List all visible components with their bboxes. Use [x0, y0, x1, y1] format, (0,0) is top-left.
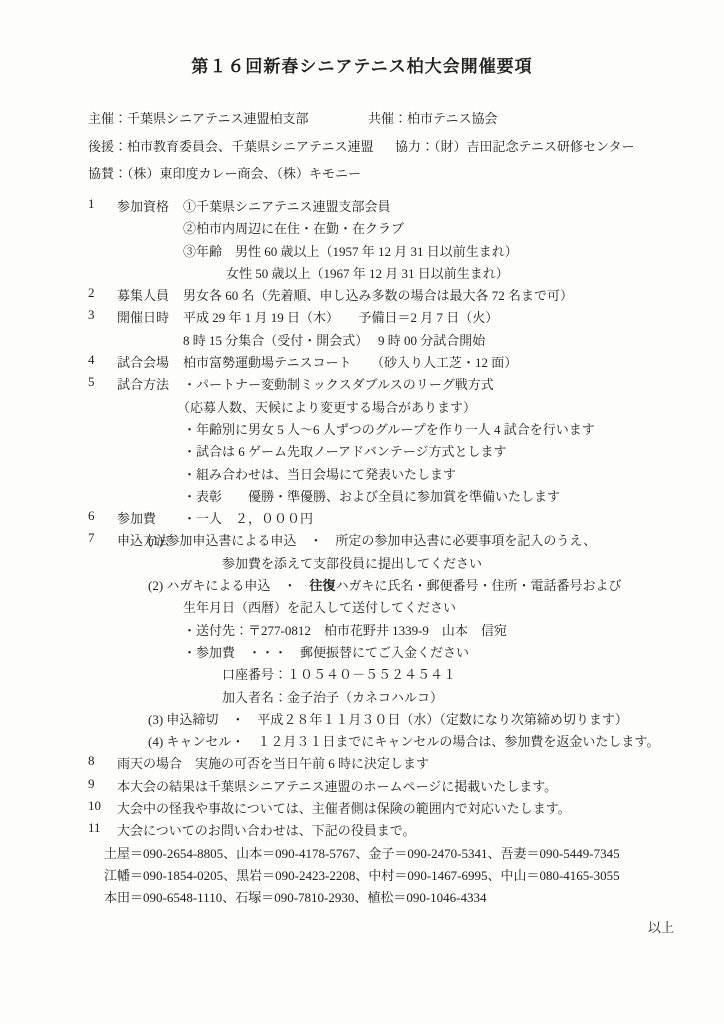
line-text: (1) 参加申込書による申込 ・ 所定の参加申込書に必要事項を記入のうえ、: [148, 530, 596, 549]
line-text: ①千葉県シニアテニス連盟支部会員: [183, 196, 390, 215]
doc-line: 女性 50 歳以上（1967 年 12 月 31 日以前生まれ）: [0, 263, 724, 285]
line-text: ・パートナー変動制ミックスダブルスのリーグ戦方式: [183, 374, 494, 393]
doc-line: ・送付先：〒277-0812 柏市花野井 1339-9 山本 信宛: [0, 620, 724, 642]
doc-line: ・試合は 6 ゲーム先取ノーアドバンテージ方式とします: [0, 441, 724, 463]
item-number: 9: [88, 776, 95, 792]
organizer-text: 主催：千葉県シニアテニス連盟柏支部: [88, 108, 308, 127]
co-host-text: 共催：柏市テニス協会: [368, 108, 497, 127]
segment-text: (2) ハガキによる申込 ・: [148, 578, 309, 593]
doc-line: 3開催日時平成 29 年 1 月 19 日（木） 予備日＝2 月 7 日（火）: [0, 307, 724, 329]
line-text: 男女各 60 名（先着順、申し込み多数の場合は最大各 72 名まで可）: [183, 285, 573, 304]
line-text: ・組み合わせは、当日会場にて発表いたします: [183, 464, 456, 483]
line-text: （応募人数、天候により変更する場合があります）: [177, 397, 476, 416]
line-text: 8 時 15 分集合（受付・開会式） 9 時 00 分試合開始: [183, 330, 485, 349]
line-text: (3) 申込締切 ・ 平成２８年１１月３０日（水）（定数になり次第締め切ります）: [148, 709, 628, 728]
doc-line: 1参加資格①千葉県シニアテニス連盟支部会員: [0, 196, 724, 218]
doc-line: (2) ハガキによる申込 ・ 往復ハガキに氏名・郵便番号・住所・電話番号および: [0, 575, 724, 597]
item-label: 参加資格: [117, 196, 169, 215]
doc-line: ・参加費 ・・・ 郵便振替にてご入金ください: [0, 642, 724, 664]
sponsor-text: 協賛：（株）東印度カレー商会、（株）キモニー: [88, 163, 361, 182]
line-text: ・送付先：〒277-0812 柏市花野井 1339-9 山本 信宛: [183, 620, 507, 639]
line-text: ③年齢 男性 60 歳以上（1957 年 12 月 31 日以前生まれ）: [183, 241, 518, 260]
item-label: 試合方法: [117, 374, 169, 393]
item-label: 試合会場: [117, 352, 169, 371]
doc-line: 8 時 15 分集合（受付・開会式） 9 時 00 分試合開始: [0, 330, 724, 352]
doc-line: 口座番号：１０５４０－５５２４５４１: [0, 664, 724, 686]
page-title: 第１６回新春シニアテニス柏大会開催要項: [0, 52, 724, 77]
line-text: ・年齢別に男女 5 人～6 人ずつのグループを作り一人 4 試合を行います: [183, 419, 595, 438]
doc-line: （応募人数、天候により変更する場合があります）: [0, 397, 724, 419]
item-number: 7: [88, 530, 95, 546]
doc-line: 4試合会場柏市富勢運動場テニスコート （砂入り人工芝・12 面）: [0, 352, 724, 374]
doc-line: 本田＝090-6548-1110、石塚＝090-7810-2930、植松＝090…: [0, 887, 724, 909]
line-text: 女性 50 歳以上（1967 年 12 月 31 日以前生まれ）: [226, 263, 509, 282]
doc-line: 8雨天の場合 実施の可否を当日午前 6 時に決定します: [0, 753, 724, 775]
line-text: ・参加費 ・・・ 郵便振替にてご入金ください: [183, 642, 469, 661]
doc-line: 7申込方法(1) 参加申込書による申込 ・ 所定の参加申込書に必要事項を記入のう…: [0, 530, 724, 552]
item-number: 6: [88, 508, 95, 524]
doc-line: 江幡＝090-1854-0205、黒岩＝090-2423-2208、中村＝090…: [0, 865, 724, 887]
doc-line: 土屋＝090-2654-8805、山本＝090-4178-5767、金子＝090…: [0, 843, 724, 865]
line-text: ・一人 ２，０００円: [183, 508, 313, 527]
doc-line: (4) キャンセル・ １２月３１日までにキャンセルの場合は、参加費を返金いたしま…: [0, 731, 724, 753]
line-text: 大会中の怪我や事故については、主催者側は保険の範囲内で対応いたします。: [117, 798, 571, 817]
doc-line: ②柏市内周辺に在住・在勤・在クラブ: [0, 218, 724, 240]
item-number: 4: [88, 352, 95, 368]
doc-line: 11大会についてのお問い合わせは、下記の役員まで。: [0, 820, 724, 842]
item-label: 募集人員: [117, 285, 169, 304]
line-text: ・試合は 6 ゲーム先取ノーアドバンテージ方式とします: [183, 441, 506, 460]
line-text: 平成 29 年 1 月 19 日（木） 予備日＝2 月 7 日（火）: [183, 307, 498, 326]
doc-line: 9本大会の結果は千葉県シニアテニス連盟のホームページに掲載いたします。: [0, 776, 724, 798]
line-text: (2) ハガキによる申込 ・ 往復ハガキに氏名・郵便番号・住所・電話番号および: [148, 575, 621, 594]
line-text: 加入者名：金子治子（カネコハルコ）: [222, 687, 443, 706]
line-text: 口座番号：１０５４０－５５２４５４１: [222, 664, 456, 683]
line-text: 雨天の場合 実施の可否を当日午前 6 時に決定します: [117, 753, 429, 772]
doc-line: 2募集人員男女各 60 名（先着順、申し込み多数の場合は最大各 72 名まで可）: [0, 285, 724, 307]
line-text: 本田＝090-6548-1110、石塚＝090-7810-2930、植松＝090…: [104, 887, 487, 906]
item-number: 5: [88, 374, 95, 390]
line-text: 生年月日（西暦）を記入して送付してください: [183, 597, 456, 616]
doc-line: ・年齢別に男女 5 人～6 人ずつのグループを作り一人 4 試合を行います: [0, 419, 724, 441]
item-label: 開催日時: [117, 307, 169, 326]
segment-text: ハガキに氏名・郵便番号・住所・電話番号および: [335, 578, 621, 593]
item-number: 10: [88, 798, 101, 814]
line-text: 本大会の結果は千葉県シニアテニス連盟のホームページに掲載いたします。: [117, 776, 557, 795]
line-text: 大会についてのお問い合わせは、下記の役員まで。: [117, 820, 415, 839]
line-text: (4) キャンセル・ １２月３１日までにキャンセルの場合は、参加費を返金いたしま…: [148, 731, 659, 750]
line-text: 土屋＝090-2654-8805、山本＝090-4178-5767、金子＝090…: [104, 843, 620, 862]
item-number: 3: [88, 307, 95, 323]
line-text: ・表彰 優勝・準優勝、および全員に参加賞を準備いたします: [183, 486, 560, 505]
support-text: 後援：柏市教育委員会、千葉県シニアテニス連盟: [88, 136, 373, 155]
cooperation-text: 協力：（財）吉田記念テニス研修センター: [395, 136, 634, 155]
doc-line: 6参加費・一人 ２，０００円: [0, 508, 724, 530]
doc-line: ・表彰 優勝・準優勝、および全員に参加賞を準備いたします: [0, 486, 724, 508]
doc-line: ③年齢 男性 60 歳以上（1957 年 12 月 31 日以前生まれ）: [0, 241, 724, 263]
doc-line: 加入者名：金子治子（カネコハルコ）: [0, 687, 724, 709]
item-number: 1: [88, 196, 95, 212]
emphasis-text: 往復: [309, 578, 335, 593]
line-text: 参加費を添えて支部役員に提出してください: [222, 553, 482, 572]
doc-line: (3) 申込締切 ・ 平成２８年１１月３０日（水）（定数になり次第締め切ります）: [0, 709, 724, 731]
item-label: 参加費: [117, 508, 156, 527]
doc-line: ・組み合わせは、当日会場にて発表いたします: [0, 464, 724, 486]
doc-line: 生年月日（西暦）を記入して送付してください: [0, 597, 724, 619]
line-text: ②柏市内周辺に在住・在勤・在クラブ: [183, 218, 404, 237]
doc-line: 10大会中の怪我や事故については、主催者側は保険の範囲内で対応いたします。: [0, 798, 724, 820]
closing-text: 以上: [648, 917, 674, 936]
doc-line: 参加費を添えて支部役員に提出してください: [0, 553, 724, 575]
document-page: 第１６回新春シニアテニス柏大会開催要項 主催：千葉県シニアテニス連盟柏支部 共催…: [0, 0, 724, 1024]
item-number: 8: [88, 753, 95, 769]
line-text: 柏市富勢運動場テニスコート （砂入り人工芝・12 面）: [183, 352, 517, 371]
doc-line: 5試合方法・パートナー変動制ミックスダブルスのリーグ戦方式: [0, 374, 724, 396]
item-number: 2: [88, 285, 95, 301]
doc-body: 1参加資格①千葉県シニアテニス連盟支部会員②柏市内周辺に在住・在勤・在クラブ③年…: [0, 196, 724, 910]
item-number: 11: [88, 820, 101, 836]
line-text: 江幡＝090-1854-0205、黒岩＝090-2423-2208、中村＝090…: [104, 865, 620, 884]
